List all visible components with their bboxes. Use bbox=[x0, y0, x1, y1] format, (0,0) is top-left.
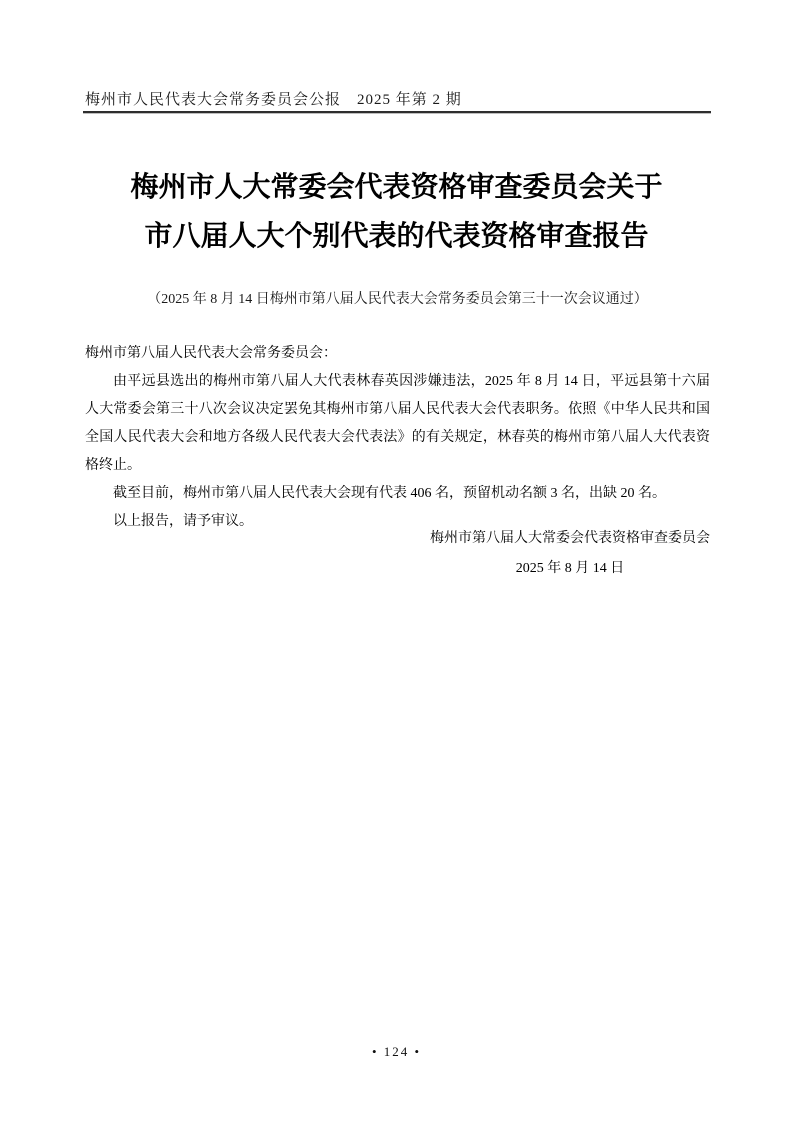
document-body: 梅州市第八届人民代表大会常务委员会： 由平远县选出的梅州市第八届人大代表林春英因… bbox=[85, 340, 710, 536]
document-title-line-1: 梅州市人大常委会代表资格审查委员会关于 bbox=[130, 172, 662, 203]
signature-inner: 梅州市第八届人大常委会代表资格审查委员会 2025 年 8 月 14 日 bbox=[430, 524, 710, 584]
salutation: 梅州市第八届人民代表大会常务委员会： bbox=[85, 340, 710, 368]
document-title: 梅州市人大常委会代表资格审查委员会关于 市八届人大个别代表的代表资格审查报告 bbox=[60, 163, 733, 261]
page-number: • 124 • bbox=[0, 1044, 793, 1060]
body-paragraph-2: 截至目前，梅州市第八届人民代表大会现有代表 406 名，预留机动名额 3 名，出… bbox=[85, 480, 710, 508]
document-page: 梅州市人民代表大会常务委员会公报 2025 年第 2 期 梅州市人大常委会代表资… bbox=[0, 0, 793, 1122]
signature-block: 梅州市第八届人大常委会代表资格审查委员会 2025 年 8 月 14 日 bbox=[85, 524, 710, 584]
header-rule bbox=[83, 111, 711, 114]
adoption-note: （2025 年 8 月 14 日梅州市第八届人民代表大会常务委员会第三十一次会议… bbox=[85, 288, 710, 308]
body-paragraph-1: 由平远县选出的梅州市第八届人大代表林春英因涉嫌违法，2025 年 8 月 14 … bbox=[85, 368, 710, 480]
journal-header: 梅州市人民代表大会常务委员会公报 2025 年第 2 期 bbox=[85, 88, 710, 109]
document-title-line-2: 市八届人大个别代表的代表资格审查报告 bbox=[144, 221, 648, 252]
signature-date: 2025 年 8 月 14 日 bbox=[430, 554, 710, 584]
signature-org: 梅州市第八届人大常委会代表资格审查委员会 bbox=[430, 524, 710, 554]
